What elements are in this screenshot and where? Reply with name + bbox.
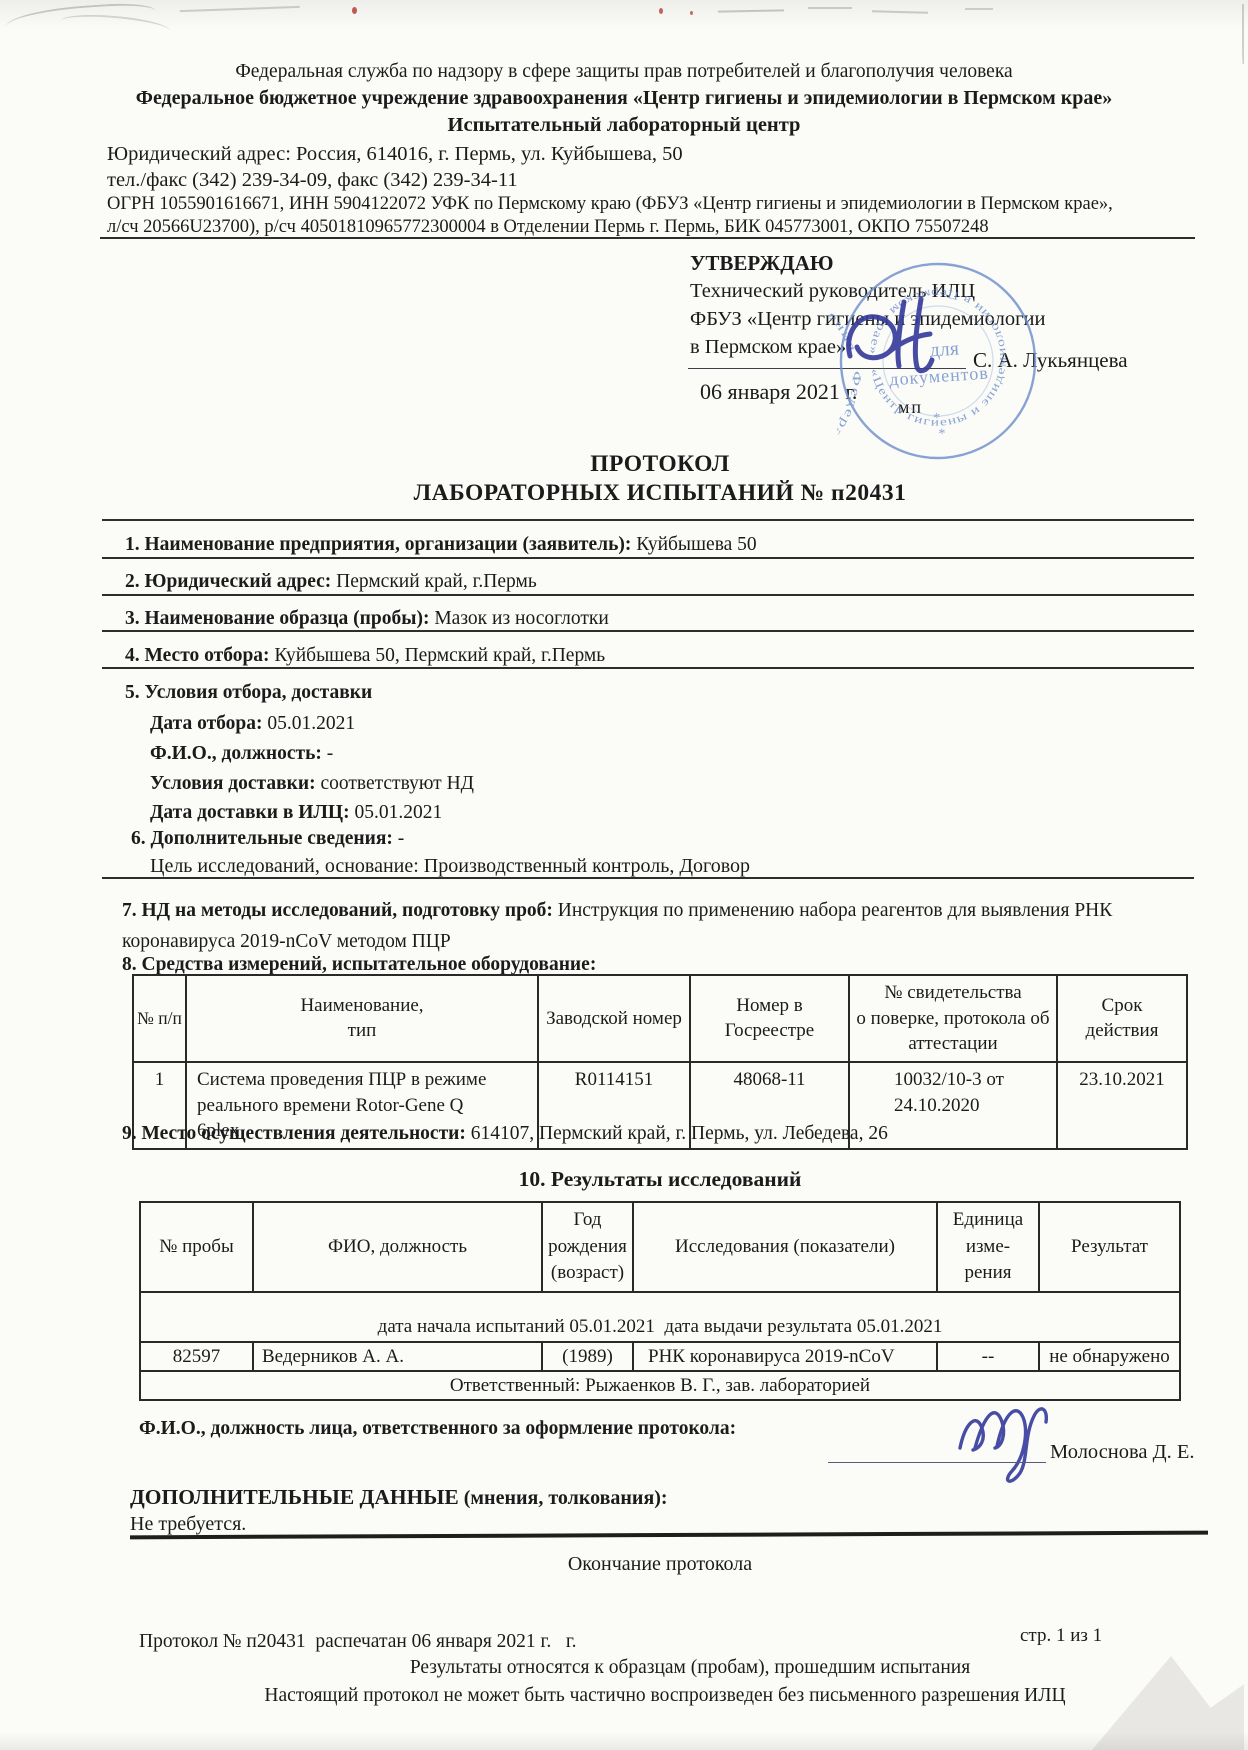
equipment-header-num: № п/п (133, 975, 186, 1062)
section-5-row-1: Дата отбора: 05.01.2021 (150, 712, 355, 736)
section-5-row-3-label: Условия доставки: (150, 773, 316, 794)
section-5-row-2-value: - (327, 743, 334, 764)
additional-heading: ДОПОЛНИТЕЛЬНЫЕ ДАННЫЕ (мнения, толковани… (130, 1484, 668, 1511)
results-data-row: 82597 Ведерников А. А. (1989) РНК корона… (140, 1342, 1180, 1371)
org-header-line2: Федеральное бюджетное учреждение здравоо… (54, 86, 1194, 111)
additional-value: Не требуется. (130, 1512, 246, 1537)
section-6-value: - (398, 828, 405, 849)
additional-heading-main: ДОПОЛНИТЕЛЬНЫЕ ДАННЫЕ (130, 1485, 459, 1509)
results-cell-unit: -- (937, 1342, 1039, 1371)
scan-smudge-top-left (5, 1, 157, 39)
equipment-header-name: Наименование, тип (186, 975, 538, 1062)
item-3: 3. Наименование образца (пробы): Мазок и… (125, 607, 1185, 631)
item-1-value: Куйбышева 50 (636, 534, 756, 555)
separator-line-6 (102, 877, 1194, 879)
section-7: 7. НД на методы исследований, подготовку… (122, 895, 1182, 957)
results-table: № пробы ФИО, должность Год рождения (воз… (139, 1201, 1181, 1401)
results-header-birth: Год рождения (возраст) (542, 1202, 633, 1292)
footer-page-number: стр. 1 из 1 (1020, 1624, 1102, 1648)
approver-handwritten-signature (838, 292, 978, 382)
registrar-label: Ф.И.О., должность лица, ответственного з… (139, 1417, 779, 1441)
additional-heading-note: (мнения, толкования): (464, 1487, 668, 1509)
separator-line-1 (102, 519, 1194, 521)
scan-dash-top-4 (965, 8, 993, 10)
section-9-label: 9. Место осуществления деятельности: (122, 1123, 466, 1144)
separator-line-3 (102, 594, 1194, 596)
scan-dash-top-2 (808, 7, 852, 9)
section-6-purpose-value: Производственный контроль, Договор (424, 855, 750, 877)
ogrn-inn-line: ОГРН 1055901616671, ИНН 5904122072 УФК п… (107, 193, 1187, 238)
results-cell-name: Ведерников А. А. (253, 1342, 542, 1371)
results-table-header-row: № пробы ФИО, должность Год рождения (воз… (140, 1202, 1180, 1292)
stamp-star-1: * (933, 411, 941, 426)
registrar-signature-line (828, 1462, 1046, 1463)
equipment-header-registry: Номер в Госреестре (690, 975, 849, 1062)
scan-dash-top-1 (718, 9, 784, 12)
results-header-sample: № пробы (140, 1202, 253, 1292)
footer-print-line: Протокол № п20431 распечатан 06 января 2… (139, 1630, 577, 1654)
section-7-label: 7. НД на методы исследований, подготовку… (122, 900, 553, 921)
section-5-row-4-label: Дата доставки в ИЛЦ: (150, 802, 350, 823)
results-cell-test: РНК коронавируса 2019-nCoV (633, 1342, 937, 1371)
section-5-row-4: Дата доставки в ИЛЦ: 05.01.2021 (150, 801, 442, 825)
item-2: 2. Юридический адрес: Пермский край, г.П… (125, 570, 1185, 594)
results-header-unit: Единица изме- рения (937, 1202, 1039, 1292)
section-6-label: 6. Дополнительные сведения: (131, 828, 393, 849)
equipment-table-header-row: № п/п Наименование, тип Заводской номер … (133, 975, 1187, 1062)
legal-address-line: Юридический адрес: Россия, 614016, г. Пе… (107, 142, 1107, 168)
protocol-title-line2: ЛАБОРАТОРНЫХ ИСПЫТАНИЙ № п20431 (110, 479, 1210, 508)
item-4: 4. Место отбора: Куйбышева 50, Пермский … (125, 644, 1185, 668)
approve-heading: УТВЕРЖДАЮ (690, 250, 834, 276)
item-3-value: Мазок из носоглотки (434, 608, 608, 629)
section-5-row-3-value: соответствуют НД (320, 773, 474, 794)
item-4-label: 4. Место отбора: (125, 645, 270, 666)
scanned-protocol-page: Федеральная служба по надзору в сфере за… (0, 0, 1248, 1750)
results-header-name: ФИО, должность (253, 1202, 542, 1292)
equipment-header-serial: Заводской номер (538, 975, 690, 1062)
results-cell-sample: 82597 (140, 1342, 253, 1371)
approve-line3: в Пермском крае» (690, 335, 846, 361)
section-6-purpose-label: Цель исследований, основание: (150, 855, 419, 877)
results-header-test: Исследования (показатели) (633, 1202, 937, 1292)
results-dates-row: дата начала испытаний 05.01.2021 дата вы… (140, 1292, 1180, 1342)
equipment-header-validity: Срок действия (1057, 975, 1187, 1062)
separator-line-4 (102, 630, 1194, 632)
section-9: 9. Место осуществления деятельности: 614… (122, 1122, 1182, 1146)
results-header-result: Результат (1039, 1202, 1180, 1292)
scan-speck-red-3 (690, 11, 693, 15)
item-2-label: 2. Юридический адрес: (125, 571, 331, 592)
section-5-row-1-value: 05.01.2021 (267, 713, 355, 734)
results-cell-birth: (1989) (542, 1342, 633, 1371)
scan-speck-red-1 (352, 7, 357, 14)
org-header-line1: Федеральная служба по надзору в сфере за… (74, 60, 1174, 84)
closing-note: Окончание протокола (110, 1552, 1210, 1577)
protocol-title-line1: ПРОТОКОЛ (110, 450, 1210, 479)
item-1-label: 1. Наименование предприятия, организации… (125, 534, 631, 555)
item-3-label: 3. Наименование образца (пробы): (125, 608, 429, 629)
item-2-value: Пермский край, г.Пермь (336, 571, 537, 592)
results-title: 10. Результаты исследований (110, 1166, 1210, 1193)
separator-line-header (100, 237, 1195, 239)
results-cell-result: не обнаружено (1039, 1342, 1180, 1371)
scan-speck-red-2 (659, 8, 663, 14)
scan-smudge-top-left-2 (59, 11, 170, 41)
separator-line-5 (102, 667, 1194, 669)
scan-edge-right (1242, 4, 1244, 64)
section-6: 6. Дополнительные сведения: - (131, 827, 404, 851)
footer-note-1: Результаты относятся к образцам (пробам)… (140, 1656, 1240, 1680)
item-1: 1. Наименование предприятия, организации… (125, 533, 1185, 557)
section-9-value: 614107, Пермский край, г. Пермь, ул. Леб… (471, 1123, 888, 1144)
separator-line-2 (102, 557, 1194, 559)
section-6-purpose: Цель исследований, основание: Производст… (150, 854, 750, 879)
equipment-header-attestation: № свидетельства о поверке, протокола об … (849, 975, 1057, 1062)
section-5-row-4-value: 05.01.2021 (354, 802, 442, 823)
results-dates-note: дата начала испытаний 05.01.2021 дата вы… (140, 1292, 1180, 1342)
footer-note-2: Настоящий протокол не может быть частичн… (115, 1684, 1215, 1708)
org-header-line3: Испытательный лабораторный центр (74, 113, 1174, 139)
scan-smudge-top-left-3 (180, 6, 300, 22)
phone-fax-line: тел./факс (342) 239-34-09, факс (342) 23… (107, 168, 1107, 194)
stamp-star-2: * (938, 427, 946, 442)
registrar-name: Молоснова Д. Е. (1050, 1440, 1195, 1466)
item-4-value: Куйбышева 50, Пермский край, г.Пермь (274, 645, 605, 666)
section-5-label: 5. Условия отбора, доставки (125, 681, 372, 705)
section-5-row-3: Условия доставки: соответствуют НД (150, 772, 474, 796)
scan-dash-top-3 (872, 10, 928, 13)
separator-line-thick (130, 1531, 1208, 1540)
registrar-handwritten-signature (950, 1386, 1080, 1486)
section-5-row-1-label: Дата отбора: (150, 713, 263, 734)
section-5-row-2: Ф.И.О., должность: - (150, 742, 333, 766)
section-5-row-2-label: Ф.И.О., должность: (150, 743, 322, 764)
